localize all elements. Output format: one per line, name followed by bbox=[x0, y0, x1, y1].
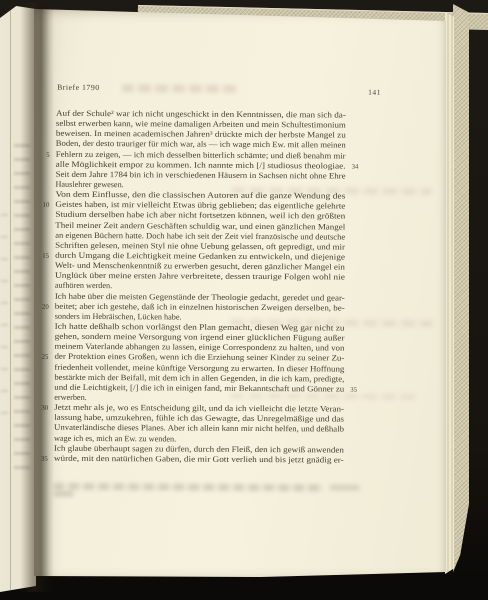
book-page: Briefe 1790 141 Auf der Schule² war ich … bbox=[34, 6, 446, 582]
facing-page-crease bbox=[10, 4, 11, 592]
body-text: aufhören werden. bbox=[55, 281, 112, 292]
apparatus-number: 34 bbox=[352, 162, 372, 172]
page-content: Briefe 1790 141 Auf der Schule² war ich … bbox=[31, 6, 447, 585]
page-number: 141 bbox=[368, 88, 381, 97]
facing-page-sliver bbox=[0, 4, 36, 592]
body-text: Hauslehrer gewesen. bbox=[55, 180, 123, 191]
body-text: erwerben. bbox=[54, 393, 87, 403]
blurred-footnote-line-1-end bbox=[330, 484, 360, 490]
blurred-header-stamp bbox=[122, 84, 238, 93]
running-head: Briefe 1790 bbox=[57, 83, 100, 92]
facing-page-blurred-text-2 bbox=[1, 214, 8, 414]
blurred-footnote-line-1 bbox=[54, 483, 324, 492]
page-stack-fore-edge bbox=[445, 12, 454, 574]
text-line: 35würde, mit den natürlichen Gaben, die … bbox=[54, 454, 344, 466]
body-text: würde, mit den natürlichen Gaben, die mi… bbox=[54, 454, 344, 466]
facing-page-blurred-text bbox=[14, 144, 30, 474]
blurred-footnote-line-2 bbox=[54, 491, 74, 497]
apparatus-number: 35 bbox=[350, 385, 370, 395]
letter-body-text: Auf der Schule² war ich nicht ungeschick… bbox=[54, 109, 346, 466]
book-cover-right-edge bbox=[453, 4, 469, 572]
